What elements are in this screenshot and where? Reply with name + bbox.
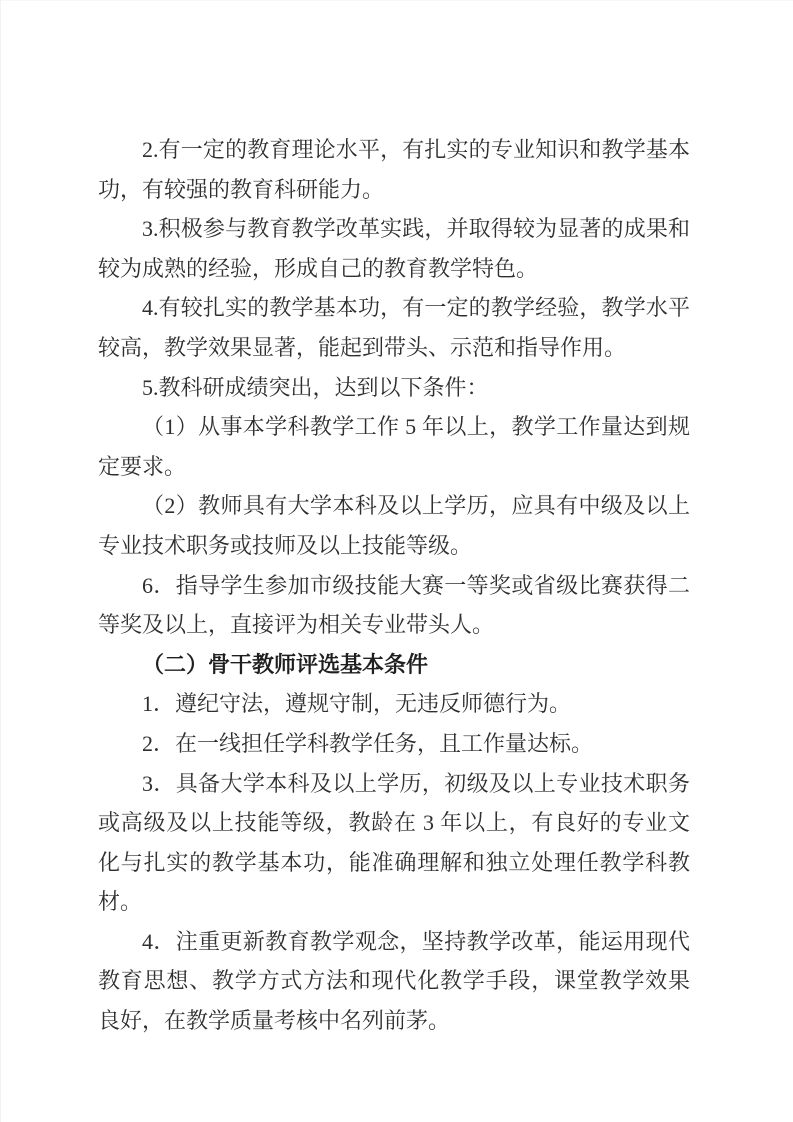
document-page: 2.有一定的教育理论水平，有扎实的专业知识和教学基本功，有较强的教育科研能力。3… (0, 0, 793, 1122)
section-heading: （二）骨干教师评选基本条件 (98, 645, 690, 685)
paragraph: 4.有较扎实的教学基本功，有一定的教学经验，教学水平较高，教学效果显著，能起到带… (98, 288, 690, 367)
paragraph: （2）教师具有大学本科及以上学历，应具有中级及以上专业技术职务或技师及以上技能等… (98, 486, 690, 565)
paragraph: 4．注重更新教育教学观念，坚持教学改革，能运用现代教育思想、教学方式方法和现代化… (98, 922, 690, 1041)
paragraph: 3．具备大学本科及以上学历，初级及以上专业技术职务或高级及以上技能等级，教龄在 … (98, 764, 690, 922)
paragraph: 2．在一线担任学科教学任务，且工作量达标。 (98, 724, 690, 764)
document-body: 2.有一定的教育理论水平，有扎实的专业知识和教学基本功，有较强的教育科研能力。3… (98, 130, 690, 1041)
paragraph: 5.教科研成绩突出，达到以下条件： (98, 368, 690, 408)
paragraph: （1）从事本学科教学工作 5 年以上，教学工作量达到规定要求。 (98, 407, 690, 486)
paragraph: 1．遵纪守法，遵规守制，无违反师德行为。 (98, 684, 690, 724)
paragraph: 3.积极参与教育教学改革实践，并取得较为显著的成果和较为成熟的经验，形成自己的教… (98, 209, 690, 288)
paragraph: 6．指导学生参加市级技能大赛一等奖或省级比赛获得二等奖及以上，直接评为相关专业带… (98, 566, 690, 645)
paragraph: 2.有一定的教育理论水平，有扎实的专业知识和教学基本功，有较强的教育科研能力。 (98, 130, 690, 209)
